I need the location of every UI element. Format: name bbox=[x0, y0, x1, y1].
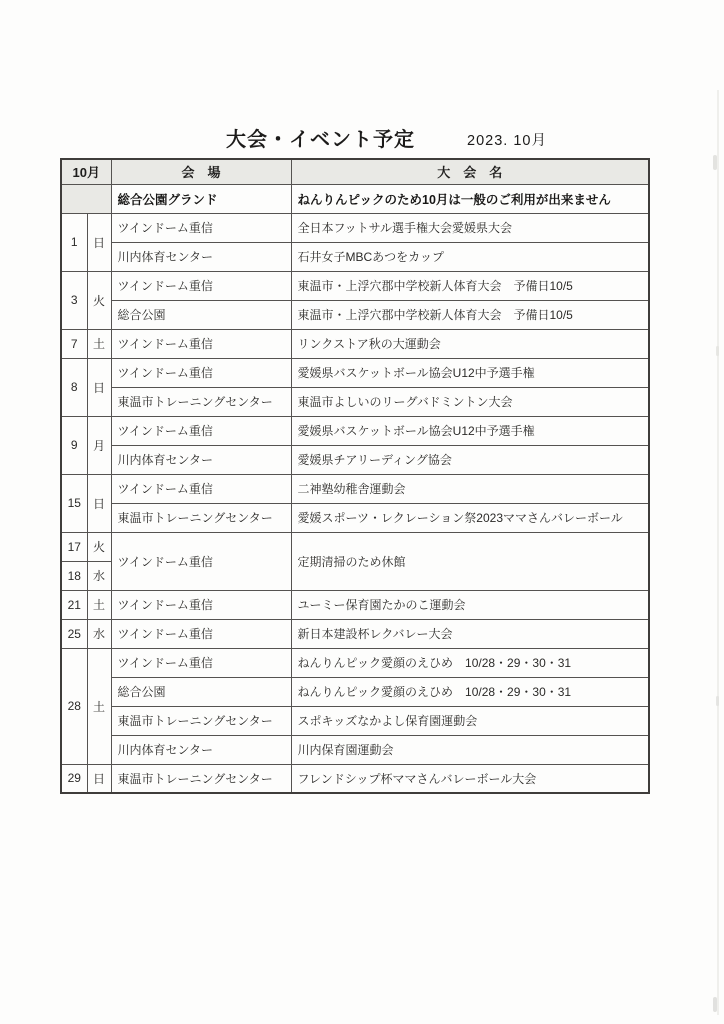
schedule-row: 17火ツインドーム重信定期清掃のため休館 bbox=[61, 532, 649, 561]
date-cell: 28 bbox=[61, 648, 87, 764]
event-cell: 愛媛スポーツ・レクレーション祭2023ママさんバレーボール bbox=[291, 503, 649, 532]
venue-cell: ツインドーム重信 bbox=[111, 416, 291, 445]
venue-cell: 川内体育センター bbox=[111, 735, 291, 764]
schedule-row: 川内体育センター川内保育園運動会 bbox=[61, 735, 649, 764]
venue-cell: 東温市トレーニングセンター bbox=[111, 764, 291, 793]
date-cell: 21 bbox=[61, 590, 87, 619]
schedule-row: 総合公園ねんりんピック愛顔のえひめ 10/28・29・30・31 bbox=[61, 677, 649, 706]
scan-artifact-mark bbox=[716, 696, 719, 706]
date-cell: 29 bbox=[61, 764, 87, 793]
schedule-row: 3火ツインドーム重信東温市・上浮穴郡中学校新人体育大会 予備日10/5 bbox=[61, 271, 649, 300]
date-cell: 1 bbox=[61, 213, 87, 271]
header-event: 大 会 名 bbox=[291, 159, 649, 184]
event-cell: 定期清掃のため休館 bbox=[291, 532, 649, 590]
date-cell: 25 bbox=[61, 619, 87, 648]
schedule-row: 21土ツインドーム重信ユーミー保育園たかのこ運動会 bbox=[61, 590, 649, 619]
schedule-row: 総合公園東温市・上浮穴郡中学校新人体育大会 予備日10/5 bbox=[61, 300, 649, 329]
event-cell: ねんりんピックのため10月は一般のご利用が出来ません bbox=[291, 184, 649, 213]
venue-cell: ツインドーム重信 bbox=[111, 271, 291, 300]
header-venue: 会 場 bbox=[111, 159, 291, 184]
venue-cell: ツインドーム重信 bbox=[111, 329, 291, 358]
day-cell: 火 bbox=[87, 271, 111, 329]
event-cell: 東温市・上浮穴郡中学校新人体育大会 予備日10/5 bbox=[291, 271, 649, 300]
event-cell: 石井女子MBCあつをカップ bbox=[291, 242, 649, 271]
event-cell: ねんりんピック愛顔のえひめ 10/28・29・30・31 bbox=[291, 648, 649, 677]
scan-artifact-mark bbox=[716, 346, 719, 356]
venue-cell: 東温市トレーニングセンター bbox=[111, 503, 291, 532]
event-cell: 二神塾幼稚舎運動会 bbox=[291, 474, 649, 503]
schedule-row: 25水ツインドーム重信新日本建設杯レクバレー大会 bbox=[61, 619, 649, 648]
event-cell: 愛媛県バスケットボール協会U12中予選手権 bbox=[291, 416, 649, 445]
scan-artifact-mark bbox=[713, 155, 717, 170]
day-cell: 日 bbox=[87, 358, 111, 416]
date-cell: 9 bbox=[61, 416, 87, 474]
schedule-row: 9月ツインドーム重信愛媛県バスケットボール協会U12中予選手権 bbox=[61, 416, 649, 445]
event-cell: スポキッズなかよし保育園運動会 bbox=[291, 706, 649, 735]
venue-cell: ツインドーム重信 bbox=[111, 590, 291, 619]
day-cell: 水 bbox=[87, 619, 111, 648]
venue-cell: 川内体育センター bbox=[111, 242, 291, 271]
schedule-row: 川内体育センター愛媛県チアリーディング協会 bbox=[61, 445, 649, 474]
event-cell: ねんりんピック愛顔のえひめ 10/28・29・30・31 bbox=[291, 677, 649, 706]
venue-cell: 総合公園 bbox=[111, 300, 291, 329]
day-cell: 日 bbox=[87, 764, 111, 793]
scanned-page: 大会・イベント予定 2023. 10月 10月 会 場 大 会 名 総合公園グラ… bbox=[0, 0, 724, 1024]
day-cell: 土 bbox=[87, 590, 111, 619]
schedule-row: 川内体育センター石井女子MBCあつをカップ bbox=[61, 242, 649, 271]
venue-cell: 川内体育センター bbox=[111, 445, 291, 474]
event-cell: 東温市・上浮穴郡中学校新人体育大会 予備日10/5 bbox=[291, 300, 649, 329]
header-month: 10月 bbox=[61, 159, 111, 184]
schedule-row: 8日ツインドーム重信愛媛県バスケットボール協会U12中予選手権 bbox=[61, 358, 649, 387]
event-cell: 愛媛県チアリーディング協会 bbox=[291, 445, 649, 474]
schedule-row: 29日東温市トレーニングセンターフレンドシップ杯ママさんバレーボール大会 bbox=[61, 764, 649, 793]
header-row: 10月 会 場 大 会 名 bbox=[61, 159, 649, 184]
schedule-row: 1日ツインドーム重信全日本フットサル選手権大会愛媛県大会 bbox=[61, 213, 649, 242]
venue-cell: ツインドーム重信 bbox=[111, 648, 291, 677]
date-cell: 18 bbox=[61, 561, 87, 590]
schedule-row: 東温市トレーニングセンター愛媛スポーツ・レクレーション祭2023ママさんバレーボ… bbox=[61, 503, 649, 532]
venue-cell: ツインドーム重信 bbox=[111, 532, 291, 590]
scan-artifact-mark bbox=[713, 997, 717, 1012]
event-cell: 川内保育園運動会 bbox=[291, 735, 649, 764]
date-cell: 15 bbox=[61, 474, 87, 532]
event-cell: フレンドシップ杯ママさんバレーボール大会 bbox=[291, 764, 649, 793]
schedule-row: 東温市トレーニングセンター東温市よしいのリーグバドミントン大会 bbox=[61, 387, 649, 416]
day-cell: 火 bbox=[87, 532, 111, 561]
venue-cell: 東温市トレーニングセンター bbox=[111, 387, 291, 416]
venue-cell: 総合公園 bbox=[111, 677, 291, 706]
event-cell: ユーミー保育園たかのこ運動会 bbox=[291, 590, 649, 619]
event-cell: 愛媛県バスケットボール協会U12中予選手権 bbox=[291, 358, 649, 387]
venue-cell: 総合公園グランド bbox=[111, 184, 291, 213]
venue-cell: ツインドーム重信 bbox=[111, 619, 291, 648]
day-cell: 土 bbox=[87, 329, 111, 358]
notice-row: 総合公園グランドねんりんピックのため10月は一般のご利用が出来ません bbox=[61, 184, 649, 213]
event-schedule-table: 10月 会 場 大 会 名 総合公園グランドねんりんピックのため10月は一般のご… bbox=[60, 158, 650, 794]
schedule-row: 7土ツインドーム重信リンクストア秋の大運動会 bbox=[61, 329, 649, 358]
event-cell: 東温市よしいのリーグバドミントン大会 bbox=[291, 387, 649, 416]
venue-cell: ツインドーム重信 bbox=[111, 474, 291, 503]
scan-artifact-edge-line bbox=[717, 90, 719, 1015]
month-empty-cell bbox=[61, 184, 111, 213]
day-cell: 日 bbox=[87, 213, 111, 271]
day-cell: 日 bbox=[87, 474, 111, 532]
date-cell: 8 bbox=[61, 358, 87, 416]
schedule-row: 東温市トレーニングセンタースポキッズなかよし保育園運動会 bbox=[61, 706, 649, 735]
date-cell: 17 bbox=[61, 532, 87, 561]
schedule-row: 28土ツインドーム重信ねんりんピック愛顔のえひめ 10/28・29・30・31 bbox=[61, 648, 649, 677]
venue-cell: ツインドーム重信 bbox=[111, 358, 291, 387]
day-cell: 水 bbox=[87, 561, 111, 590]
date-cell: 7 bbox=[61, 329, 87, 358]
period-label: 2023. 10月 bbox=[467, 129, 547, 150]
date-cell: 3 bbox=[61, 271, 87, 329]
page-title: 大会・イベント予定 bbox=[226, 123, 415, 152]
event-cell: リンクストア秋の大運動会 bbox=[291, 329, 649, 358]
day-cell: 月 bbox=[87, 416, 111, 474]
event-cell: 全日本フットサル選手権大会愛媛県大会 bbox=[291, 213, 649, 242]
schedule-row: 15日ツインドーム重信二神塾幼稚舎運動会 bbox=[61, 474, 649, 503]
event-cell: 新日本建設杯レクバレー大会 bbox=[291, 619, 649, 648]
venue-cell: 東温市トレーニングセンター bbox=[111, 706, 291, 735]
day-cell: 土 bbox=[87, 648, 111, 764]
venue-cell: ツインドーム重信 bbox=[111, 213, 291, 242]
